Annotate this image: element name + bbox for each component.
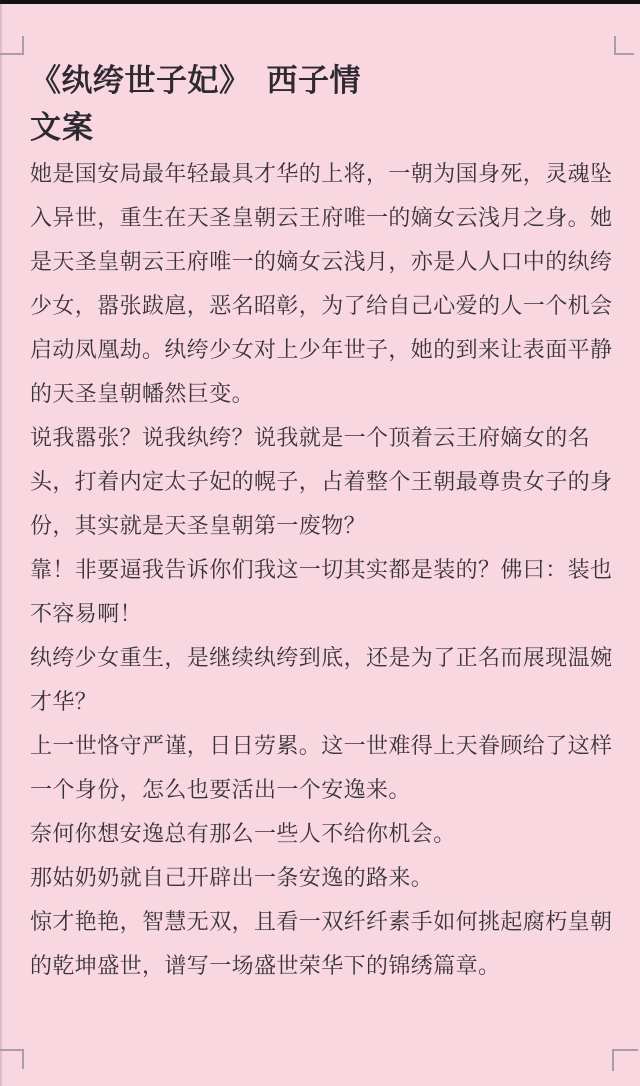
body-text-line: 少女，嚣张跋扈，恶名昭彰，为了给自己心爱的人一个机会 (30, 284, 614, 328)
body-text-line: 的天圣皇朝幡然巨变。 (30, 372, 614, 416)
body-text-line: 她是国安局最年轻最具才华的上将，一朝为国身死，灵魂坠 (30, 152, 614, 196)
body-text: 她是国安局最年轻最具才华的上将，一朝为国身死，灵魂坠入异世，重生在天圣皇朝云王府… (30, 152, 614, 988)
body-text-line: 奈何你想安逸总有那么一些人不给你机会。 (30, 812, 614, 856)
section-heading: 文案 (30, 104, 614, 152)
body-text-line: 上一世恪守严谨，日日劳累。这一世难得上天眷顾给了这样 (30, 724, 614, 768)
body-text-line: 启动凤凰劫。纨绔少女对上少年世子，她的到来让表面平静 (30, 328, 614, 372)
body-text-line: 的乾坤盛世，谱写一场盛世荣华下的锦绣篇章。 (30, 944, 614, 988)
body-text-line: 说我嚣张？说我纨绔？说我就是一个顶着云王府嫡女的名 (30, 416, 614, 460)
document-page: 《纨绔世子妃》 西子情 文案 她是国安局最年轻最具才华的上将，一朝为国身死，灵魂… (0, 0, 640, 1086)
body-text-line: 入异世，重生在天圣皇朝云王府唯一的嫡女云浅月之身。她 (30, 196, 614, 240)
body-text-line: 纨绔少女重生，是继续纨绔到底，还是为了正名而展现温婉 (30, 636, 614, 680)
body-text-line: 不容易啊！ (30, 592, 614, 636)
body-text-line: 是天圣皇朝云王府唯一的嫡女云浅月，亦是人人口中的纨绔 (30, 240, 614, 284)
top-edge-bar (0, 0, 640, 4)
body-text-line: 份，其实就是天圣皇朝第一废物？ (30, 504, 614, 548)
crop-mark-top-right (614, 36, 634, 55)
body-text-line: 一个身份，怎么也要活出一个安逸来。 (30, 768, 614, 812)
body-text-line: 靠！非要逼我告诉你们我这一切其实都是装的？佛曰：装也 (30, 548, 614, 592)
document-content: 《纨绔世子妃》 西子情 文案 她是国安局最年轻最具才华的上将，一朝为国身死，灵魂… (30, 58, 614, 988)
crop-mark-top-left (0, 36, 24, 55)
body-text-line: 头，打着内定太子妃的幌子，占着整个王朝最尊贵女子的身 (30, 460, 614, 504)
body-text-line: 惊才艳艳，智慧无双，且看一双纤纤素手如何挑起腐朽皇朝 (30, 900, 614, 944)
document-title: 《纨绔世子妃》 西子情 (30, 58, 614, 104)
left-edge-shadow (0, 0, 2, 1086)
crop-mark-bottom-right (612, 1049, 638, 1071)
body-text-line: 才华？ (30, 680, 614, 724)
crop-mark-bottom-left (0, 1049, 24, 1069)
body-text-line: 那姑奶奶就自己开辟出一条安逸的路来。 (30, 856, 614, 900)
